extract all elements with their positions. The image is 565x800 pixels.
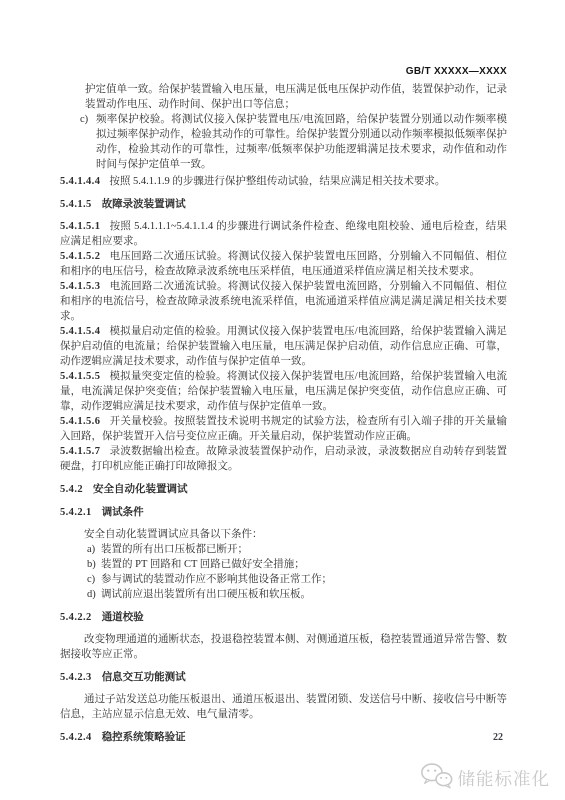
page-content: GB/T XXXXX—XXXX 护定值单一致。给保护装置输入电压量，电压满足低电… [60, 66, 507, 752]
clause-5-4-1-4-4: 5.4.1.4.4按照 5.4.1.1.9 的步骤进行保护整组传动试验，结果应满… [60, 174, 507, 189]
list-item-text: 装置的所有出口压板都已断开； [101, 542, 507, 557]
page-number: 22 [493, 732, 503, 744]
clause-number: 5.4.1.5.7 [60, 446, 100, 457]
clause-number: 5.4.1.5.5 [60, 371, 100, 382]
clause-text: 电压回路二次通压试验。将测试仪接入保护装置电压回路，分别输入不同幅值、相位和相序… [60, 251, 507, 277]
clause-number: 5.4.1.5.1 [60, 221, 100, 232]
list-marker: a) [87, 542, 101, 557]
clause-text: 模拟量突变定值的检验。将测试仪接入保护装置电压/电流回路，给保护装置输入电流量，… [60, 371, 507, 412]
paragraph-5-4-2-3: 通过子站发送总功能压板退出、通道压板退出、装置闭锁、发送信号中断、接收信号中断等… [60, 692, 507, 722]
wechat-icon [420, 762, 453, 795]
clause-number: 5.4.1.4.4 [60, 176, 100, 187]
condition-item-d: d) 调试前应退出装置所有出口硬压板和软压板。 [60, 587, 507, 602]
list-item-text: 装置的 PT 回路和 CT 回路已做好安全措施； [101, 557, 507, 572]
heading-number: 5.4.2.4 [60, 732, 92, 743]
heading-title: 稳控系统策略验证 [102, 732, 186, 743]
clause-number: 5.4.1.5.6 [60, 416, 100, 427]
paragraph-5-4-2-2: 改变物理通道的通断状态，投退稳控装置本侧、对侧通道压板，稳控装置通道异常告警、数… [60, 632, 507, 662]
clause-5-4-1-5-6: 5.4.1.5.6开关量校验。按照装置技术说明书规定的试验方法，检查所有引入端子… [60, 414, 507, 444]
heading-title: 调试条件 [102, 507, 144, 518]
clause-number: 5.4.1.5.3 [60, 281, 100, 292]
clause-text: 电流回路二次通流试验。将测试仪接入保护装置电流回路，分别输入不同幅值、相位和相序… [60, 281, 507, 322]
heading-number: 5.4.1.5 [60, 199, 92, 210]
clause-5-4-1-5-1: 5.4.1.5.1按照 5.4.1.1.1~5.4.1.1.4 的步骤进行调试条… [60, 219, 507, 249]
list-marker: c) [87, 572, 101, 587]
clause-text: 开关量校验。按照装置技术说明书规定的试验方法，检查所有引入端子排的开关量输入回路… [60, 416, 507, 442]
heading-title: 通道校验 [102, 612, 144, 623]
conditions-intro: 安全自动化装置调试应具备以下条件： [60, 527, 507, 542]
condition-item-c: c) 参与调试的装置动作应不影响其他设备正常工作； [60, 572, 507, 587]
list-marker: d) [87, 587, 101, 602]
clause-5-4-1-5-4: 5.4.1.5.4模拟量启动定值的检验。用测试仪接入保护装置电压/电流回路，给保… [60, 324, 507, 369]
heading-5-4-2: 5.4.2安全自动化装置调试 [60, 482, 507, 497]
heading-title: 信息交互功能测试 [102, 672, 186, 683]
heading-5-4-2-3: 5.4.2.3信息交互功能测试 [60, 670, 507, 685]
list-item-text: 调试前应退出装置所有出口硬压板和软压板。 [101, 587, 507, 602]
heading-number: 5.4.2.2 [60, 612, 92, 623]
clause-5-4-1-5-7: 5.4.1.5.7录波数据输出检查。故障录波装置保护动作，启动录波，录波数据应自… [60, 444, 507, 474]
heading-number: 5.4.2 [60, 484, 83, 495]
clause-number: 5.4.1.5.4 [60, 326, 100, 337]
brand-name: 储能标准化 [458, 764, 551, 794]
list-item-text: 频率保护校验。将测试仪接入保护装置电压/电流回路，给保护装置分别通以动作频率模拟… [96, 112, 507, 172]
clause-5-4-1-5-3: 5.4.1.5.3电流回路二次通流试验。将测试仪接入保护装置电流回路，分别输入不… [60, 279, 507, 324]
clause-number: 5.4.1.5.2 [60, 251, 100, 262]
clause-text: 模拟量启动定值的检验。用测试仪接入保护装置电压/电流回路，给保护装置输入满足保护… [60, 326, 507, 367]
list-item-c: c) 频率保护校验。将测试仪接入保护装置电压/电流回路，给保护装置分别通以动作频… [60, 112, 507, 172]
document-page: GB/T XXXXX—XXXX 护定值单一致。给保护装置输入电压量，电压满足低电… [0, 0, 565, 800]
condition-item-b: b) 装置的 PT 回路和 CT 回路已做好安全措施； [60, 557, 507, 572]
heading-number: 5.4.2.1 [60, 507, 92, 518]
paragraph-continuation: 护定值单一致。给保护装置输入电压量，电压满足低电压保护动作值，装置保护动作，记录… [85, 82, 507, 112]
list-marker: b) [87, 557, 101, 572]
condition-item-a: a) 装置的所有出口压板都已断开； [60, 542, 507, 557]
heading-title: 安全自动化装置调试 [93, 484, 188, 495]
heading-number: 5.4.2.3 [60, 672, 92, 683]
document-code-header: GB/T XXXXX—XXXX [60, 66, 507, 78]
heading-title: 故障录波装置调试 [102, 199, 186, 210]
brand-footer: 储能标准化 [420, 762, 551, 795]
clause-text: 按照 5.4.1.1.9 的步骤进行保护整组传动试验，结果应满足相关技术要求。 [109, 176, 445, 187]
clause-5-4-1-5-2: 5.4.1.5.2电压回路二次通压试验。将测试仪接入保护装置电压回路，分别输入不… [60, 249, 507, 279]
clause-5-4-1-5-5: 5.4.1.5.5模拟量突变定值的检验。将测试仪接入保护装置电压/电流回路，给保… [60, 369, 507, 414]
heading-5-4-2-2: 5.4.2.2通道校验 [60, 610, 507, 625]
list-marker: c) [80, 112, 96, 172]
heading-5-4-2-1: 5.4.2.1调试条件 [60, 505, 507, 520]
clause-text: 录波数据输出检查。故障录波装置保护动作，启动录波，录波数据应自动转存到装置硬盘，… [60, 446, 507, 472]
heading-5-4-1-5: 5.4.1.5故障录波装置调试 [60, 197, 507, 212]
clause-text: 按照 5.4.1.1.1~5.4.1.1.4 的步骤进行调试条件检查、绝缘电阻校… [60, 221, 507, 247]
list-item-text: 参与调试的装置动作应不影响其他设备正常工作； [101, 572, 507, 587]
heading-5-4-2-4: 5.4.2.4稳控系统策略验证 [60, 730, 507, 745]
